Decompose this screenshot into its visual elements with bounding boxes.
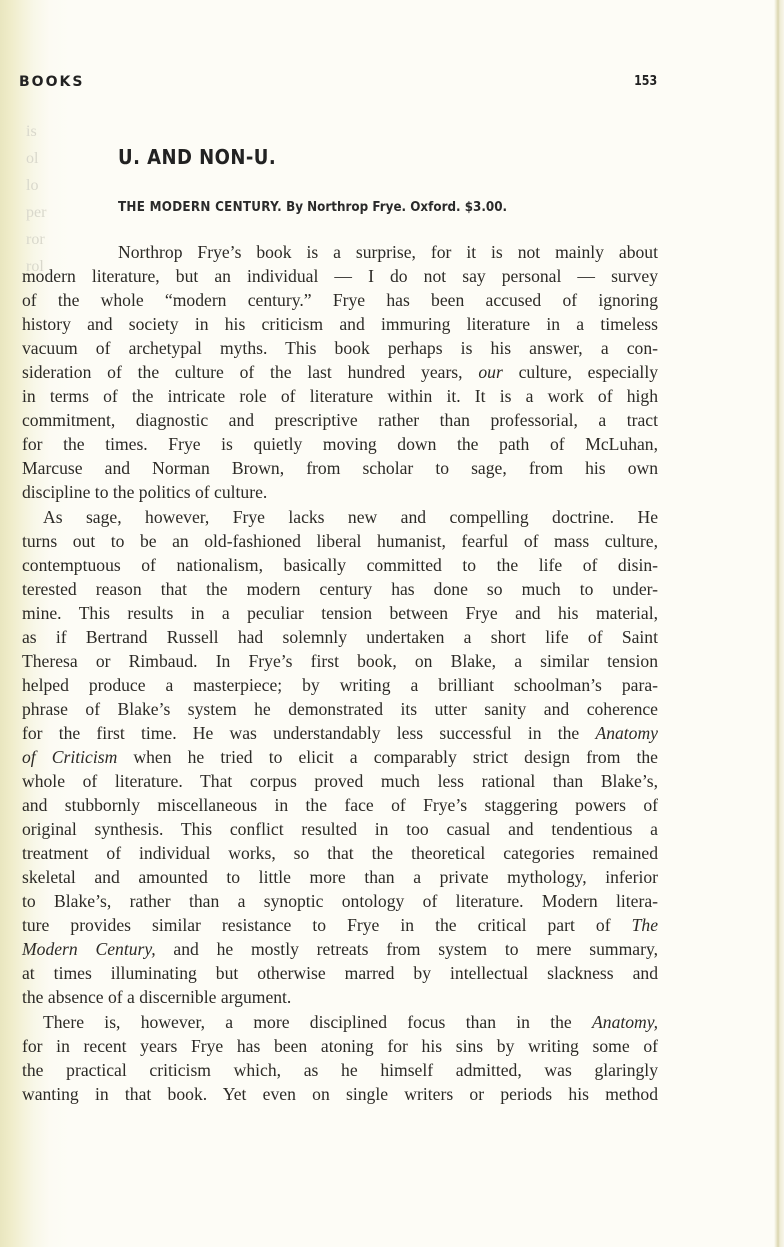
italic-text: Anatomy	[595, 723, 658, 743]
text-line: turns out to be an old-fashioned liberal…	[22, 529, 658, 553]
text-line: of Criticism when he tried to elicit a c…	[22, 745, 658, 769]
text-segment: commitment, diagnostic and prescriptive …	[22, 410, 658, 430]
text-segment: as if Bertrand Russell had solemnly unde…	[22, 627, 658, 647]
book-citation: THE MODERN CENTURY. By Northrop Frye. Ox…	[118, 200, 507, 215]
text-line: the practical criticism which, as he him…	[22, 1058, 658, 1082]
text-segment: contemptuous of nationalism, basically c…	[22, 555, 658, 575]
text-line: treatment of individual works, so that t…	[22, 841, 658, 865]
text-line: There is, however, a more disciplined fo…	[22, 1010, 658, 1034]
text-line: as if Bertrand Russell had solemnly unde…	[22, 625, 658, 649]
text-segment: discipline to the politics of culture.	[22, 482, 267, 502]
text-segment: when he tried to elicit a comparably str…	[117, 747, 658, 767]
text-segment: terested reason that the modern century …	[22, 579, 658, 599]
text-segment: at times illuminating but otherwise marr…	[22, 963, 658, 983]
text-segment: skeletal and amounted to little more tha…	[22, 867, 658, 887]
text-line: original synthesis. This conflict result…	[22, 817, 658, 841]
text-segment: helped produce a masterpiece; by writing…	[22, 675, 658, 695]
text-segment: the absence of a discernible argument.	[22, 987, 291, 1007]
text-segment: modern literature, but an individual — I…	[22, 266, 658, 286]
running-head: BOOKS 153	[19, 74, 657, 90]
bleed-through-fragment: lo	[26, 172, 46, 199]
text-line: Modern Century, and he mostly retreats f…	[22, 937, 658, 961]
text-line: contemptuous of nationalism, basically c…	[22, 553, 658, 577]
text-line: for the times. Frye is quietly moving do…	[22, 432, 658, 456]
bleed-through-fragment: is	[26, 118, 46, 145]
text-line: modern literature, but an individual — I…	[22, 264, 658, 288]
italic-text: our	[478, 362, 502, 382]
text-line: ture provides similar resistance to Frye…	[22, 913, 658, 937]
text-segment: ture provides similar resistance to Frye…	[22, 915, 632, 935]
text-line: history and society in his criticism and…	[22, 312, 658, 336]
text-segment: As sage, however, Frye lacks new and com…	[43, 507, 658, 527]
text-line: helped produce a masterpiece; by writing…	[22, 673, 658, 697]
article-title: U. AND NON-U.	[118, 145, 276, 169]
book-title: THE MODERN CENTURY.	[118, 200, 282, 215]
text-line: sideration of the culture of the last hu…	[22, 360, 658, 384]
bleed-through-fragment: per	[26, 199, 46, 226]
italic-text: Modern Century,	[22, 939, 156, 959]
text-segment: There is, however, a more disciplined fo…	[43, 1012, 592, 1032]
italic-text: The	[632, 915, 658, 935]
text-segment: culture, especially	[503, 362, 658, 382]
review-body: Northrop Frye’s book is a surprise, for …	[22, 240, 658, 1106]
text-segment: Marcuse and Norman Brown, from scholar t…	[22, 458, 658, 478]
text-segment: in terms of the intricate role of litera…	[22, 386, 658, 406]
text-segment: Theresa or Rimbaud. In Frye’s first book…	[22, 651, 658, 671]
text-line: wanting in that book. Yet even on single…	[22, 1082, 658, 1106]
text-segment: for the first time. He was understandabl…	[22, 723, 595, 743]
text-line: for in recent years Frye has been atonin…	[22, 1034, 658, 1058]
text-segment: whole of literature. That corpus proved …	[22, 771, 658, 791]
text-segment: Northrop Frye’s book is a surprise, for …	[118, 242, 658, 262]
text-segment: original synthesis. This conflict result…	[22, 819, 658, 839]
text-segment: mine. This results in a peculiar tension…	[22, 603, 658, 623]
text-line: Marcuse and Norman Brown, from scholar t…	[22, 456, 658, 480]
text-line: skeletal and amounted to little more tha…	[22, 865, 658, 889]
text-line: phrase of Blake’s system he demonstrated…	[22, 697, 658, 721]
italic-text: Anatomy,	[592, 1012, 658, 1032]
text-segment: of the whole “modern century.” Frye has …	[22, 290, 658, 310]
text-line: discipline to the politics of culture.	[22, 480, 658, 504]
page-edge	[774, 0, 784, 1247]
text-segment: to Blake’s, rather than a synoptic ontol…	[22, 891, 658, 911]
text-segment: and stubbornly miscellaneous in the face…	[22, 795, 658, 815]
text-line: for the first time. He was understandabl…	[22, 721, 658, 745]
text-segment: for in recent years Frye has been atonin…	[22, 1036, 658, 1056]
bleed-through-fragment: ol	[26, 145, 46, 172]
page-number: 153	[634, 74, 657, 90]
section-label: BOOKS	[19, 74, 84, 90]
text-line: As sage, however, Frye lacks new and com…	[22, 505, 658, 529]
text-segment: wanting in that book. Yet even on single…	[22, 1084, 658, 1104]
text-segment: vacuum of archetypal myths. This book pe…	[22, 338, 658, 358]
book-byline: By Northrop Frye. Oxford. $3.00.	[286, 200, 507, 215]
text-line: terested reason that the modern century …	[22, 577, 658, 601]
text-line: to Blake’s, rather than a synoptic ontol…	[22, 889, 658, 913]
text-line: Theresa or Rimbaud. In Frye’s first book…	[22, 649, 658, 673]
italic-text: of Criticism	[22, 747, 117, 767]
text-line: of the whole “modern century.” Frye has …	[22, 288, 658, 312]
text-line: commitment, diagnostic and prescriptive …	[22, 408, 658, 432]
text-line: Northrop Frye’s book is a surprise, for …	[22, 240, 658, 264]
text-segment: turns out to be an old-fashioned liberal…	[22, 531, 658, 551]
text-line: whole of literature. That corpus proved …	[22, 769, 658, 793]
text-segment: treatment of individual works, so that t…	[22, 843, 658, 863]
text-line: at times illuminating but otherwise marr…	[22, 961, 658, 985]
text-line: vacuum of archetypal myths. This book pe…	[22, 336, 658, 360]
text-segment: for the times. Frye is quietly moving do…	[22, 434, 658, 454]
text-line: in terms of the intricate role of litera…	[22, 384, 658, 408]
text-segment: and he mostly retreats from system to me…	[156, 939, 658, 959]
text-segment: the practical criticism which, as he him…	[22, 1060, 658, 1080]
text-line: the absence of a discernible argument.	[22, 985, 658, 1009]
book-page: isolloperrorrol BOOKS 153 U. AND NON-U. …	[0, 0, 784, 1247]
text-line: and stubbornly miscellaneous in the face…	[22, 793, 658, 817]
text-segment: history and society in his criticism and…	[22, 314, 658, 334]
text-segment: phrase of Blake’s system he demonstrated…	[22, 699, 658, 719]
text-line: mine. This results in a peculiar tension…	[22, 601, 658, 625]
text-segment: sideration of the culture of the last hu…	[22, 362, 478, 382]
